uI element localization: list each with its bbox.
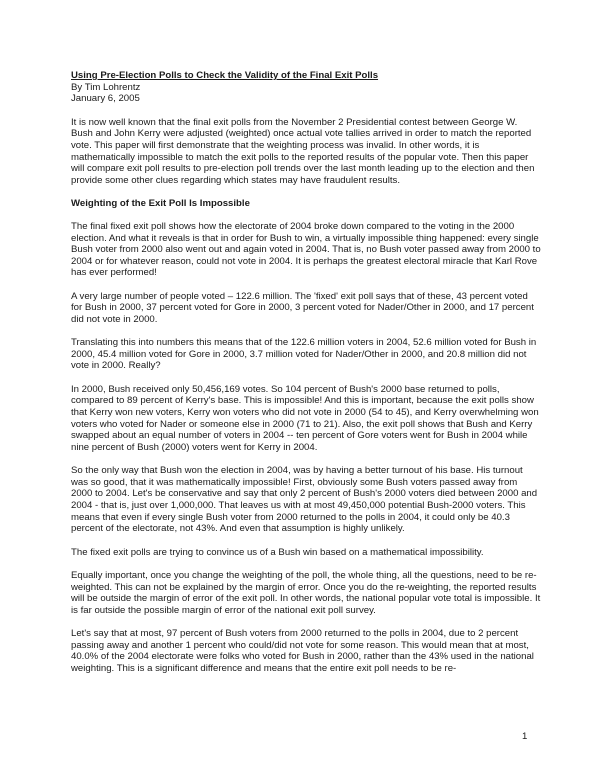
- document-page: Using Pre-Election Polls to Check the Va…: [71, 70, 541, 686]
- section-heading: Weighting of the Exit Poll Is Impossible: [71, 198, 541, 210]
- document-date: January 6, 2005: [71, 93, 541, 105]
- body-paragraph-5: So the only way that Bush won the electi…: [71, 465, 541, 535]
- body-paragraph-6: The fixed exit polls are trying to convi…: [71, 547, 541, 559]
- document-author: By Tim Lohrentz: [71, 82, 541, 94]
- intro-paragraph: It is now well known that the final exit…: [71, 117, 541, 187]
- body-paragraph-1: The final fixed exit poll shows how the …: [71, 221, 541, 279]
- body-paragraph-7: Equally important, once you change the w…: [71, 570, 541, 616]
- page-number: 1: [522, 731, 527, 742]
- body-paragraph-4: In 2000, Bush received only 50,456,169 v…: [71, 384, 541, 454]
- body-paragraph-8: Let's say that at most, 97 percent of Bu…: [71, 628, 541, 674]
- document-title: Using Pre-Election Polls to Check the Va…: [71, 70, 541, 82]
- body-paragraph-3: Translating this into numbers this means…: [71, 337, 541, 372]
- body-paragraph-2: A very large number of people voted – 12…: [71, 291, 541, 326]
